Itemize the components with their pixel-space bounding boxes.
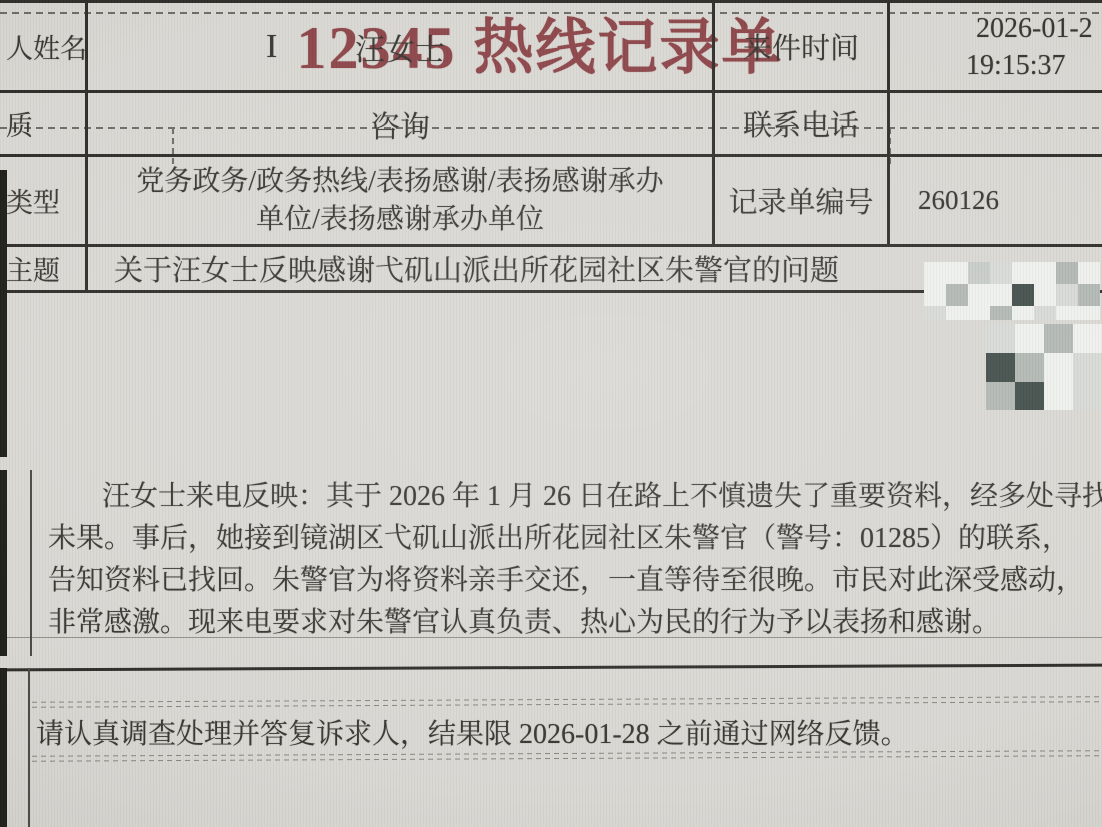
type-value-line2: 单位/表扬感谢承办单位 <box>256 201 544 239</box>
record-header-table: 人姓名 I 汪女士 来件时间 2026-01-2 19:15:37 质 咨询 联… <box>0 0 1102 293</box>
arrival-clock-value: 19:15:37 <box>966 47 1102 84</box>
subject-label: 主题 <box>0 247 88 290</box>
summary-text-block[interactable]: 汪女士来电反映：其于 2026 年 1 月 26 日在路上不慎遗失了重要资料，经… <box>30 470 1102 656</box>
contact-phone-label: 联系电话 <box>715 93 890 154</box>
text-cursor: I <box>266 28 277 66</box>
nature-field[interactable]: 咨询 <box>88 93 715 154</box>
caller-name-field[interactable]: I 汪女士 <box>88 3 715 90</box>
summary-line: 未果。事后，她接到镜湖区弋矶山派出所花园社区朱警官（警号：01285）的联系， <box>48 518 1102 560</box>
contact-phone-field <box>890 93 1102 154</box>
record-number-value: 260126 <box>890 157 1102 244</box>
screen-edge-bar <box>0 470 7 656</box>
type-value-line1: 党务政务/政务热线/表扬感谢/表扬感谢承办 <box>136 163 663 201</box>
screen-edge-bar <box>0 668 7 827</box>
instruction-text[interactable]: 请认真调查处理并答复诉求人，结果限 2026-01-28 之前通过网络反馈。 <box>36 712 1096 752</box>
record-number-label: 记录单编号 <box>715 157 890 244</box>
type-field[interactable]: 党务政务/政务热线/表扬感谢/表扬感谢承办 单位/表扬感谢承办单位 <box>88 157 715 244</box>
summary-line: 汪女士来电反映：其于 2026 年 1 月 26 日在路上不慎遗失了重要资料，经… <box>48 476 1102 518</box>
record-number-censor-mosaic <box>986 324 1102 410</box>
dashed-rule-above-instruction <box>32 701 1102 708</box>
hotline-record-form-screenshot: 12345 热线记录单 人姓名 I 汪女士 来件时间 2026-01-2 19:… <box>0 0 1102 827</box>
nature-label: 质 <box>0 93 88 154</box>
caller-name-label: 人姓名 <box>0 3 88 90</box>
instruction-block-top-border <box>0 664 1102 672</box>
screen-edge-bar <box>0 170 7 457</box>
arrival-time-label: 来件时间 <box>715 3 890 90</box>
dashed-rule-below-instruction <box>32 755 1102 762</box>
summary-line: 非常感激。现来电要求对朱警官认真负责、热心为民的行为予以表扬和感谢。 <box>48 602 1102 644</box>
phone-censor-mosaic <box>924 262 1102 320</box>
arrival-time-field: 2026-01-2 19:15:37 <box>890 3 1102 90</box>
arrival-date-value: 2026-01-2 <box>966 10 1102 47</box>
table-row-nature: 质 咨询 联系电话 <box>0 93 1102 157</box>
table-row-caller-name: 人姓名 I 汪女士 来件时间 2026-01-2 19:15:37 <box>0 3 1102 93</box>
record-number-field: 260126 <box>890 157 1102 244</box>
instruction-block-left-border <box>28 668 30 827</box>
summary-line: 告知资料已找回。朱警官为将资料亲手交还，一直等待至很晚。市民对此深受感动， <box>48 560 1102 602</box>
caller-name-value: 汪女士 <box>355 25 445 69</box>
table-row-type: 类型 党务政务/政务热线/表扬感谢/表扬感谢承办 单位/表扬感谢承办单位 记录单… <box>0 157 1102 247</box>
type-label: 类型 <box>0 157 88 244</box>
